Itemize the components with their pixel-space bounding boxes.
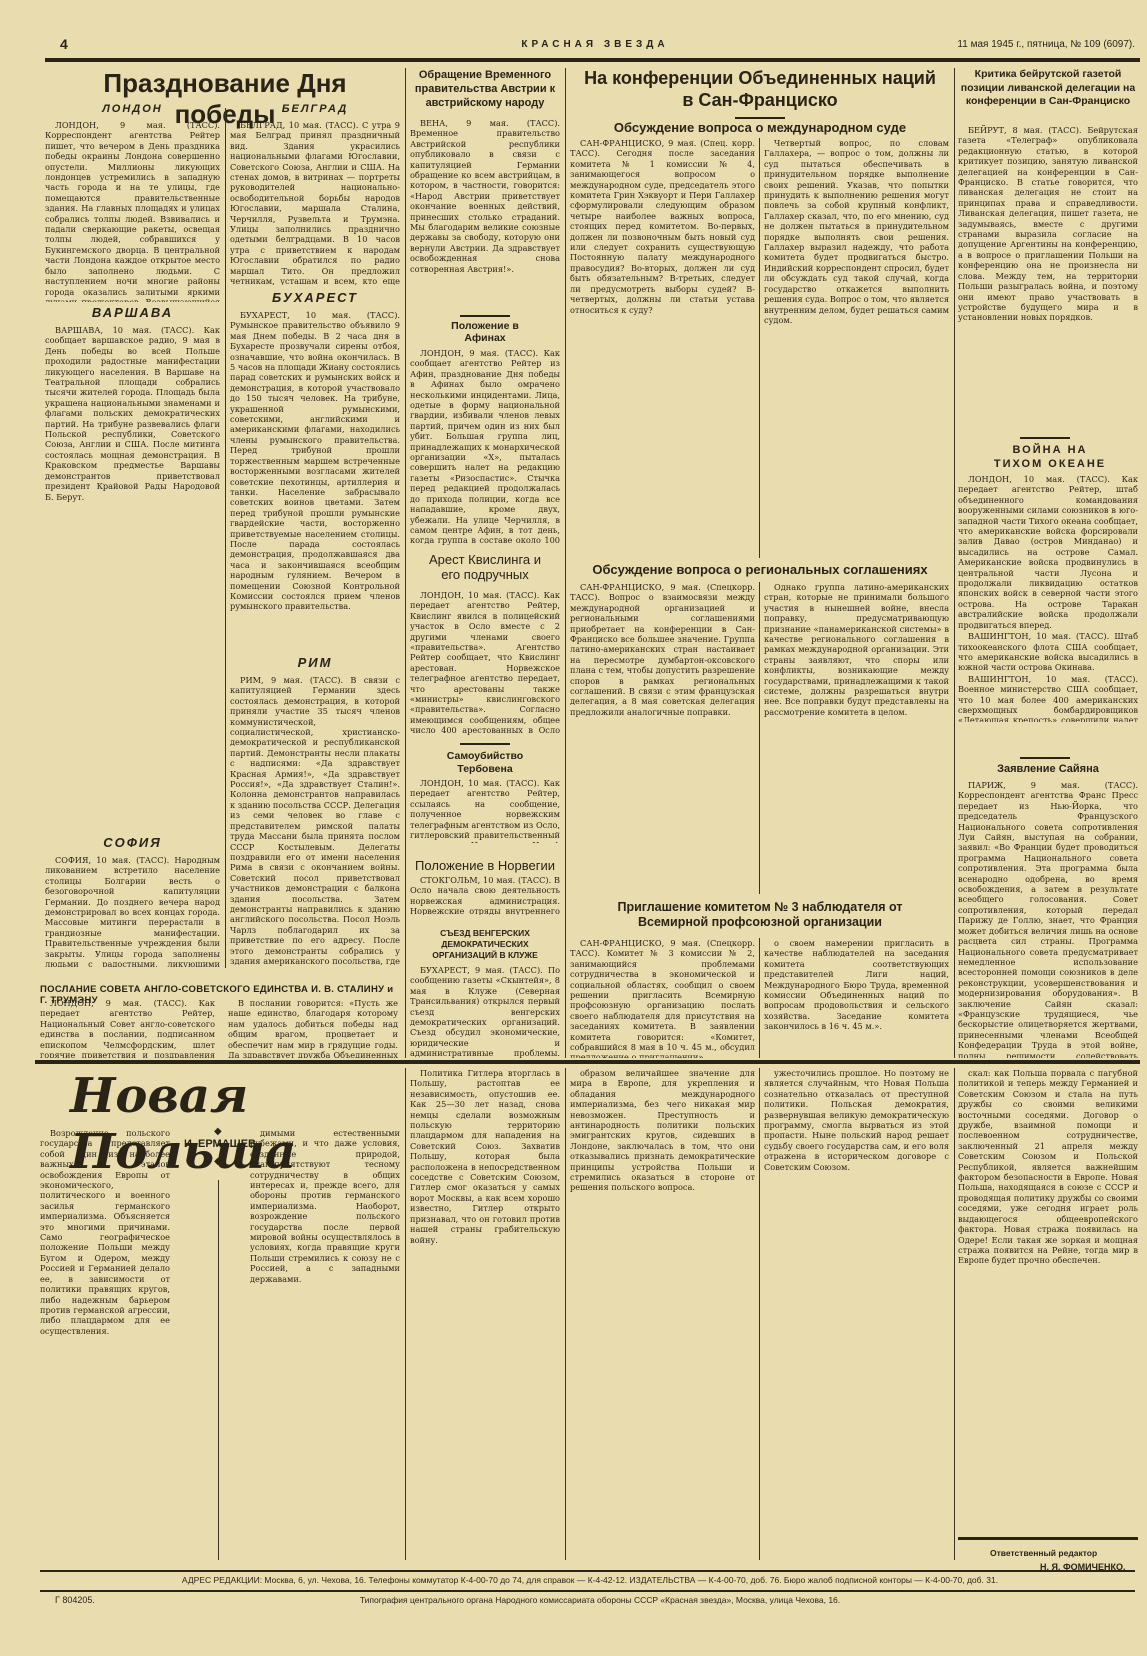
column-divider	[759, 938, 760, 1058]
regional-col2: Однако группа латино-американских стран,…	[764, 582, 949, 894]
norway-headline: Положение в Норвегии	[408, 858, 562, 873]
separator	[460, 743, 510, 745]
warsaw-article: ВАРШАВА, 10 мая. (ТАСС). Как сообщает ва…	[45, 325, 220, 815]
rome-article: РИМ, 9 мая. (ТАСС). В связи с капитуляци…	[230, 675, 400, 967]
new-poland-col3: Политика Гитлера вторглась в Польшу, рас…	[410, 1068, 560, 1558]
column-divider	[405, 68, 406, 1058]
quisling-headline: Арест Квислинга и его подручных	[425, 552, 545, 582]
column-divider	[954, 68, 955, 1058]
quisling-article: ЛОНДОН, 10 мая. (ТАСС). Как передает аге…	[410, 590, 560, 735]
column-divider	[759, 582, 760, 894]
austria-headline: Обращение Временного правительства Австр…	[410, 68, 560, 110]
court-subhead: Обсуждение вопроса о международном суде	[570, 120, 950, 135]
diamond-icon: ◆	[214, 1156, 222, 1167]
wftu-col1: САН-ФРАНЦИСКО, 9 мая. (Спецкорр. ТАСС). …	[570, 938, 755, 1058]
separator	[460, 315, 510, 317]
belgrade-article: БЕЛГРАД, 10 мая. (ТАСС). С утра 9 мая Бе…	[230, 120, 400, 285]
column-divider	[759, 138, 760, 558]
court-col1: САН-ФРАНЦИСКО, 9 мая. (Спец. корр. ТАСС)…	[570, 138, 755, 558]
hungary-article: БУХАРЕСТ, 9 мая. (ТАСС). По сообщению га…	[410, 965, 560, 1058]
printer-info: Типография центрального органа Народного…	[300, 1595, 900, 1605]
separator	[1020, 757, 1070, 759]
court-col2: Четвертый вопрос, по словам Галлахера, —…	[764, 138, 949, 558]
norway-article: СТОКГОЛЬМ, 10 мая. (ТАСС). В Осло начала…	[410, 875, 560, 915]
footer-rule-top	[40, 1570, 1135, 1572]
beirut-headline: Критика бейрутской газетой позиции ливан…	[958, 68, 1138, 109]
anglo-soviet-col1: ЛОНДОН, 9 мая. (ТАСС). Как передает аген…	[40, 998, 215, 1058]
terboven-article: ЛОНДОН, 10 мая. (ТАСС). Как передает аге…	[410, 778, 560, 843]
athens-article: ЛОНДОН, 9 мая. (ТАСС). Как сообщает аген…	[410, 348, 560, 548]
author-name: И. ЕРМАШЕВ	[180, 1138, 260, 1150]
bucharest-subhead: БУХАРЕСТ	[230, 290, 400, 305]
separator	[1020, 437, 1070, 439]
sofia-article: СОФИЯ, 10 мая. (ТАСС). Народным ликовани…	[45, 855, 220, 967]
saillant-headline: Заявление Сайяна	[958, 763, 1138, 775]
masthead: 4 КРАСНАЯ ЗВЕЗДА 11 мая 1945 г., пятница…	[55, 36, 1135, 58]
wftu-col2: о своем намерении пригласить в качестве …	[764, 938, 949, 1058]
column-divider	[954, 1068, 955, 1560]
athens-headline: Положение в Афинах	[430, 320, 540, 344]
pacific-article: ЛОНДОН, 10 мая. (ТАСС). Как передает аге…	[958, 474, 1138, 722]
beirut-article: БЕЙРУТ, 8 мая. (ТАСС). Бейрутская газета…	[958, 125, 1138, 425]
diamond-icon: ◆	[214, 1126, 222, 1137]
new-poland-col4: образом величайшее значение для мира в Е…	[570, 1068, 755, 1558]
new-poland-col5: ужесточились прошлое. Но поэтому не явля…	[764, 1068, 949, 1558]
anglo-soviet-col2: В послании говорится: «Пусть же наше еди…	[228, 998, 398, 1058]
editor-label: Ответственный редактор	[990, 1548, 1097, 1558]
rome-subhead: РИМ	[230, 655, 400, 670]
austria-article: ВЕНА, 9 мая. (ТАСС). Временное правитель…	[410, 118, 560, 306]
column-divider	[225, 108, 226, 968]
editorial-address: АДРЕС РЕДАКЦИИ: Москва, 6, ул. Чехова, 1…	[60, 1575, 1120, 1585]
section-rule	[35, 1060, 1140, 1064]
terboven-headline: Самоубийство Тербовена	[440, 750, 530, 776]
london-article: ЛОНДОН, 9 мая. (ТАСС). Корреспондент аге…	[45, 120, 220, 302]
new-poland-col6: скал: как Польша порвала с пагубной поли…	[958, 1068, 1138, 1538]
column-divider	[405, 1068, 406, 1560]
regional-subhead: Обсуждение вопроса о региональных соглаш…	[570, 562, 950, 577]
un-headline-line2: в Сан-Франциско	[570, 90, 950, 111]
hungary-headline: СЪЕЗД ВЕНГЕРСКИХ ДЕМОКРАТИЧЕСКИХ ОРГАНИЗ…	[410, 928, 560, 961]
column-divider	[218, 1180, 219, 1560]
un-headline-line1: На конференции Объединенных наций	[570, 68, 950, 89]
column-divider	[565, 68, 566, 1058]
belgrade-subhead: БЕЛГРАД	[230, 103, 400, 115]
london-subhead: ЛОНДОН	[50, 103, 215, 115]
new-poland-col2: димыми естественными рубежами, и что даж…	[250, 1128, 400, 1558]
masthead-rule	[45, 58, 1140, 62]
issue-info: 11 мая 1945 г., пятница, № 109 (6097).	[957, 39, 1135, 50]
editor-rule	[958, 1537, 1138, 1540]
column-divider	[759, 1068, 760, 1560]
column-divider	[565, 1068, 566, 1560]
bucharest-article: БУХАРЕСТ, 10 мая. (ТАСС). Румынское прав…	[230, 310, 400, 640]
warsaw-subhead: ВАРШАВА	[45, 305, 220, 320]
footer-rule-bottom	[40, 1590, 1135, 1592]
separator	[735, 117, 785, 119]
print-code: Г 804205.	[55, 1595, 95, 1605]
saillant-article: ПАРИЖ, 9 мая. (ТАСС). Корреспондент аген…	[958, 780, 1138, 1058]
regional-col1: САН-ФРАНЦИСКО, 9 мая. (Спецкорр. ТАСС). …	[570, 582, 755, 894]
new-poland-intro: Возрождение польского государства предст…	[40, 1128, 170, 1558]
wftu-subhead: Приглашение комитетом № 3 наблюдателя от…	[600, 900, 920, 930]
pacific-headline: ВОЙНА НА ТИХОМ ОКЕАНЕ	[990, 443, 1110, 471]
sofia-subhead: СОФИЯ	[45, 835, 220, 850]
